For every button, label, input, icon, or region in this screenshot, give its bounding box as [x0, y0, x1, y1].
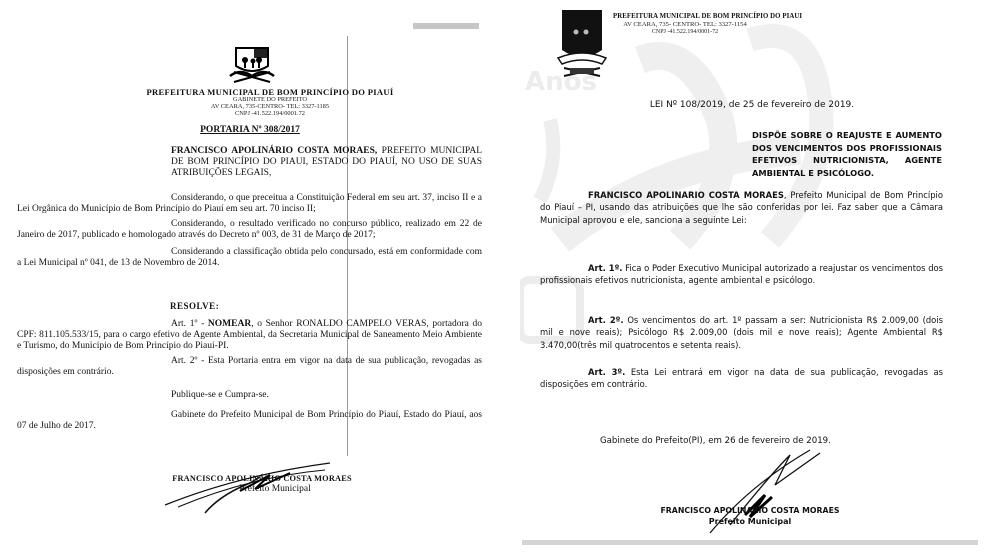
- article-3: Art. 3º. Esta Lei entrará em vigor na da…: [540, 366, 943, 391]
- article-1: Art. 1º. Fica o Poder Executivo Municipa…: [540, 262, 943, 287]
- municipality-title: PREFEITURA MUNICIPAL DE BOM PRINCÍPIO DO…: [613, 13, 802, 20]
- considerando-paragraph: Considerando a classificação obtida pelo…: [17, 247, 482, 269]
- article-1: Art. 1º - NOMEAR, o Senhor RONALDO CAMPE…: [17, 319, 482, 352]
- considerando-paragraph: Considerando, o que preceitua a Constitu…: [17, 193, 482, 215]
- signer-name: FRANCISCO APOLINÁRIO COSTA MORAES: [122, 474, 402, 483]
- considerando-paragraph: Considerando, o resultado verificado no …: [17, 219, 482, 241]
- address-line: AV CEARA, 735-CENTRO- TEL: 3327-1185: [90, 103, 450, 110]
- lei-document: Anos PREFEITURA MUNICIPAL DE BOM PRINCÍP…: [520, 0, 984, 554]
- article-2: Art. 2º. Os vencimentos do art. 1º passa…: [540, 314, 943, 351]
- closing-paragraph: Gabinete do Prefeito Municipal de Bom Pr…: [17, 410, 482, 432]
- preamble: FRANCISCO APOLINÁRIO COSTA MORAES, PREFE…: [171, 146, 482, 179]
- preamble: FRANCISCO APOLINARIO COSTA MORAES, Prefe…: [540, 189, 943, 226]
- municipal-coat-of-arms-icon: [556, 8, 608, 78]
- municipal-coat-of-arms-icon: [228, 46, 276, 84]
- cnpj-line: CNPJ -41.522.194/0001-72: [585, 29, 785, 36]
- signer-role: Prefeito Municipal: [210, 484, 340, 494]
- resolve-heading: RESOLVE:: [170, 301, 270, 311]
- article-2: Art. 2º - Esta Portaria entra em vigor n…: [17, 356, 482, 378]
- signer-name: FRANCISCO APOLINARIO COSTA MORAES: [640, 506, 860, 515]
- portaria-document: PREFEITURA MUNICIPAL DE BOM PRINCÍPIO DO…: [0, 0, 510, 554]
- cnpj-line: CNPJ -41.522.194/0001.72: [90, 110, 450, 117]
- publique-line: Publique-se e Cumpra-se.: [171, 390, 269, 400]
- ementa: DISPÕE SOBRE O REAJUSTE E AUMENTO DOS VE…: [752, 129, 942, 179]
- mayor-name: FRANCISCO APOLINÁRIO COSTA MORAES,: [171, 146, 377, 156]
- mayor-name: FRANCISCO APOLINARIO COSTA MORAES: [588, 190, 784, 200]
- office-name: GABINETE DO PREFEITO: [90, 96, 450, 103]
- document-heading: PORTARIA Nº 308/2017: [170, 125, 330, 135]
- signer-role: Prefeito Municipal: [680, 517, 820, 526]
- scan-artifact: [522, 540, 978, 545]
- scan-artifact: [413, 23, 479, 29]
- address-line: AV CEARA, 735- CENTRO- TEL: 3327-1154: [585, 21, 785, 28]
- document-heading: LEI Nº 108/2019, de 25 de fevereiro de 2…: [520, 100, 984, 110]
